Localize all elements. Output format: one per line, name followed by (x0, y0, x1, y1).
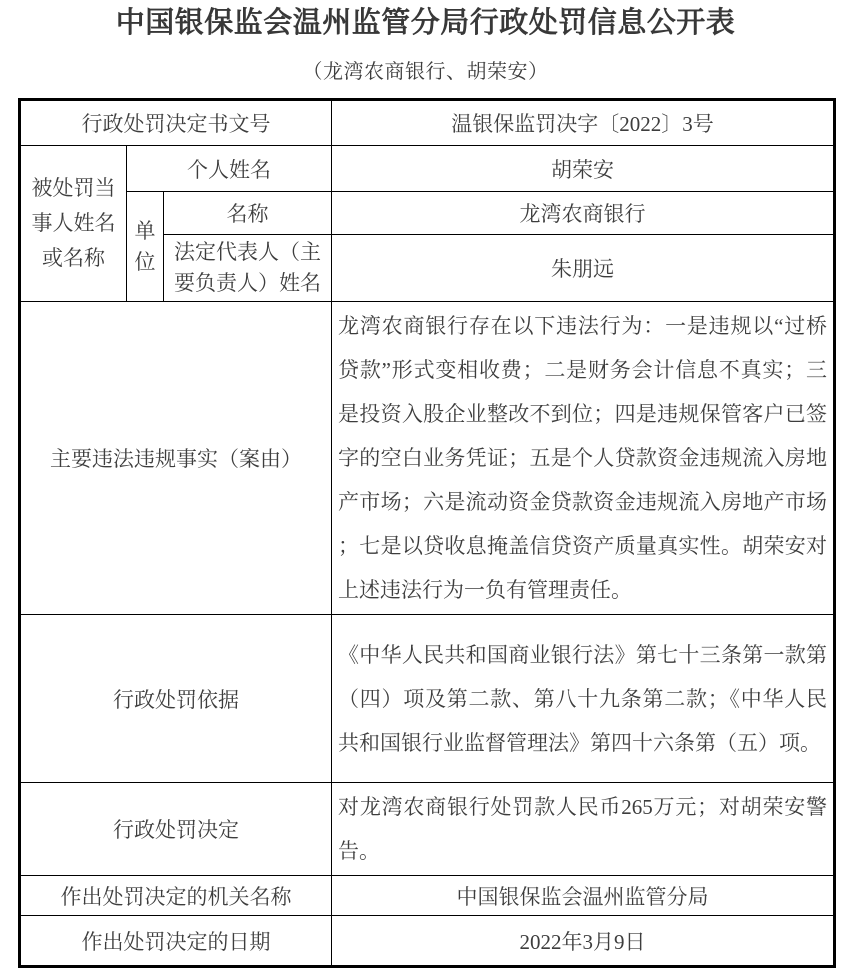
facts-label: 主要违法违规事实（案由） (20, 302, 332, 615)
row-doc-number: 行政处罚决定书文号 温银保监罚决字〔2022〕3号 (20, 100, 835, 146)
date-label: 作出处罚决定的日期 (20, 916, 332, 967)
unit-name-value: 龙湾农商银行 (332, 192, 835, 235)
basis-label: 行政处罚依据 (20, 615, 332, 783)
authority-label: 作出处罚决定的机关名称 (20, 876, 332, 916)
unit-name-label: 名称 (164, 192, 332, 235)
basis-value: 《中华人民共和国商业银行法》第七十三条第一款第（四）项及第二款、第八十九条第二款… (332, 615, 835, 783)
page-subtitle: （龙湾农商银行、胡荣安） (0, 55, 851, 84)
unit-label-text: 单位 (133, 216, 156, 278)
doc-number-label: 行政处罚决定书文号 (20, 100, 332, 146)
row-personal-name: 被处罚当事人姓名或名称 个人姓名 胡荣安 (20, 146, 835, 192)
row-authority: 作出处罚决定的机关名称 中国银保监会温州监管分局 (20, 876, 835, 916)
row-facts: 主要违法违规事实（案由） 龙湾农商银行存在以下违法行为：一是违规以“过桥贷款”形… (20, 302, 835, 615)
row-unit-name: 单位 名称 龙湾农商银行 (20, 192, 835, 235)
facts-value: 龙湾农商银行存在以下违法行为：一是违规以“过桥贷款”形式变相收费；二是财务会计信… (332, 302, 835, 615)
legal-rep-label: 法定代表人（主要负责人）姓名 (164, 235, 332, 302)
decision-label: 行政处罚决定 (20, 783, 332, 876)
decision-value: 对龙湾农商银行处罚款人民币265万元；对胡荣安警告。 (332, 783, 835, 876)
authority-value: 中国银保监会温州监管分局 (332, 876, 835, 916)
personal-name-value: 胡荣安 (332, 146, 835, 192)
row-decision: 行政处罚决定 对龙湾农商银行处罚款人民币265万元；对胡荣安警告。 (20, 783, 835, 876)
date-value: 2022年3月9日 (332, 916, 835, 967)
personal-name-label: 个人姓名 (127, 146, 332, 192)
row-date: 作出处罚决定的日期 2022年3月9日 (20, 916, 835, 967)
unit-label: 单位 (127, 192, 164, 302)
penalty-disclosure-page: 中国银保监会温州监管分局行政处罚信息公开表 （龙湾农商银行、胡荣安） 行政处罚决… (0, 0, 851, 968)
page-title: 中国银保监会温州监管分局行政处罚信息公开表 (0, 0, 851, 40)
legal-rep-value: 朱朋远 (332, 235, 835, 302)
penalty-info-table: 行政处罚决定书文号 温银保监罚决字〔2022〕3号 被处罚当事人姓名或名称 个人… (18, 98, 836, 968)
doc-number-value: 温银保监罚决字〔2022〕3号 (332, 100, 835, 146)
row-basis: 行政处罚依据 《中华人民共和国商业银行法》第七十三条第一款第（四）项及第二款、第… (20, 615, 835, 783)
punished-party-label: 被处罚当事人姓名或名称 (20, 146, 127, 302)
